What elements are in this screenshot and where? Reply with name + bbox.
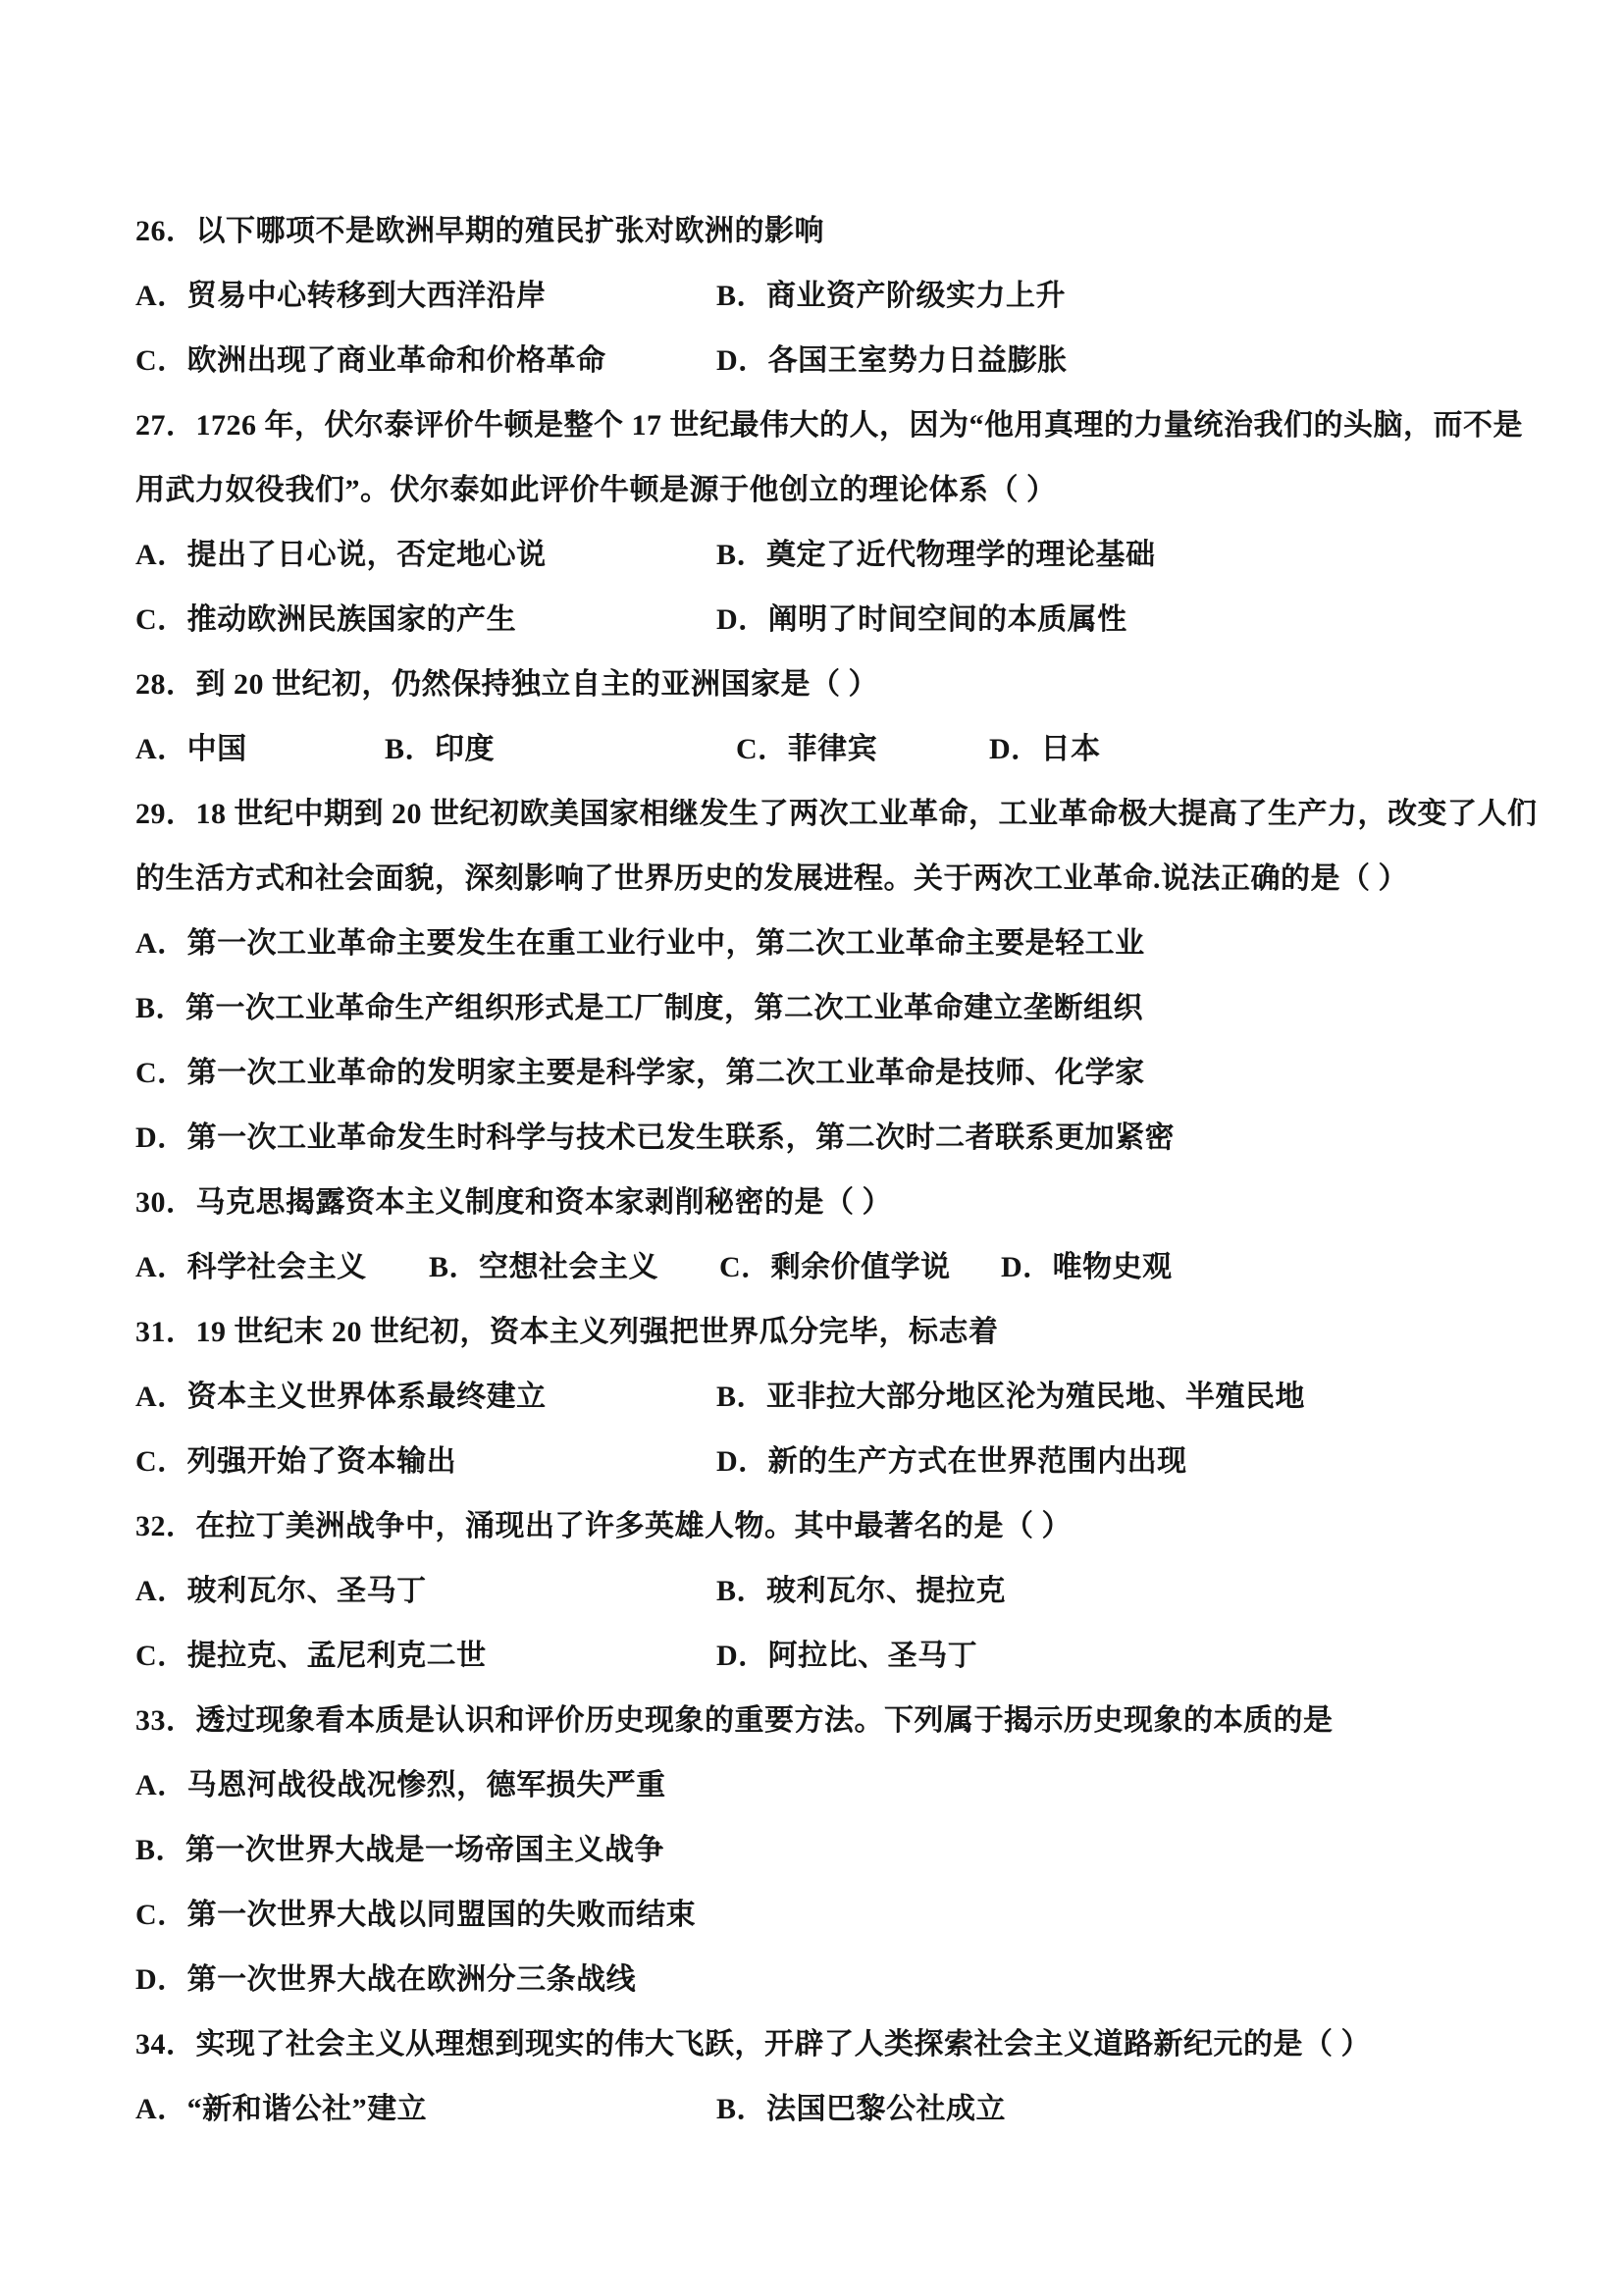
option-row: A．提出了日心说，否定地心说 B．奠定了近代物理学的理论基础: [0, 536, 1623, 577]
q32-stem: 32．在拉丁美洲战争中，涌现出了许多英雄人物。其中最著名的是（ ）: [135, 1507, 1072, 1546]
option-row: A．玻利瓦尔、圣马丁 B．玻利瓦尔、提拉克: [0, 1572, 1623, 1613]
q34-stem: 34．实现了社会主义从理想到现实的伟大飞跃，开辟了人类探索社会主义道路新纪元的是…: [135, 2025, 1371, 2064]
q27-option-a: A．提出了日心说，否定地心说: [135, 536, 547, 575]
q29-stem-line1: 29．18 世纪中期到 20 世纪初欧美国家相继发生了两次工业革命，工业革命极大…: [135, 795, 1538, 834]
option-row: B．第一次世界大战是一场帝国主义战争: [0, 1831, 1623, 1872]
q30-option-d: D．唯物史观: [1001, 1248, 1173, 1287]
question-stem-row: 29．18 世纪中期到 20 世纪初欧美国家相继发生了两次工业革命，工业革命极大…: [0, 795, 1623, 836]
q29-stem-line2: 的生活方式和社会面貌，深刻影响了世界历史的发展进程。关于两次工业革命.说法正确的…: [135, 860, 1408, 899]
q26-option-a: A．贸易中心转移到大西洋沿岸: [135, 277, 547, 316]
option-row: A．贸易中心转移到大西洋沿岸 B．商业资产阶级实力上升: [0, 277, 1623, 318]
option-row: C．欧洲出现了商业革命和价格革命 D．各国王室势力日益膨胀: [0, 341, 1623, 383]
question-stem-row: 32．在拉丁美洲战争中，涌现出了许多英雄人物。其中最著名的是（ ）: [0, 1507, 1623, 1548]
question-stem-row: 33．透过现象看本质是认识和评价历史现象的重要方法。下列属于揭示历史现象的本质的…: [0, 1701, 1623, 1743]
q32-option-d: D．阿拉比、圣马丁: [716, 1637, 977, 1676]
question-stem-row: 26．以下哪项不是欧洲早期的殖民扩张对欧洲的影响: [0, 212, 1623, 253]
question-stem-row: 28．到 20 世纪初，仍然保持独立自主的亚洲国家是（ ）: [0, 665, 1623, 706]
question-stem-row: 30．马克思揭露资本主义制度和资本家剥削秘密的是（ ）: [0, 1183, 1623, 1225]
q29-option-d: D．第一次工业革命发生时科学与技术已发生联系，第二次时二者联系更加紧密: [135, 1119, 1175, 1158]
option-row: D．第一次工业革命发生时科学与技术已发生联系，第二次时二者联系更加紧密: [0, 1119, 1623, 1160]
q29-option-b: B．第一次工业革命生产组织形式是工厂制度，第二次工业革命建立垄断组织: [135, 989, 1143, 1028]
q26-option-c: C．欧洲出现了商业革命和价格革命: [135, 341, 606, 381]
option-row: B．第一次工业革命生产组织形式是工厂制度，第二次工业革命建立垄断组织: [0, 989, 1623, 1030]
q33-option-c: C．第一次世界大战以同盟国的失败而结束: [135, 1896, 696, 1935]
option-row: C．推动欧洲民族国家的产生 D．阐明了时间空间的本质属性: [0, 600, 1623, 642]
q27-stem-line1: 27．1726 年，伏尔泰评价牛顿是整个 17 世纪最伟大的人，因为“他用真理的…: [135, 406, 1523, 445]
q32-option-a: A．玻利瓦尔、圣马丁: [135, 1572, 427, 1611]
exam-page: 26．以下哪项不是欧洲早期的殖民扩张对欧洲的影响 A．贸易中心转移到大西洋沿岸 …: [0, 0, 1623, 2296]
option-row: A．科学社会主义 B．空想社会主义 C．剩余价值学说 D．唯物史观: [0, 1248, 1623, 1289]
q28-stem: 28．到 20 世纪初，仍然保持独立自主的亚洲国家是（ ）: [135, 665, 878, 704]
q26-option-d: D．各国王室势力日益膨胀: [716, 341, 1068, 381]
q31-option-d: D．新的生产方式在世界范围内出现: [716, 1442, 1187, 1482]
question-stem-row: 的生活方式和社会面貌，深刻影响了世界历史的发展进程。关于两次工业革命.说法正确的…: [0, 860, 1623, 901]
q31-option-c: C．列强开始了资本输出: [135, 1442, 456, 1482]
q27-option-c: C．推动欧洲民族国家的产生: [135, 600, 516, 640]
option-row: A．中国 B．印度 C．菲律宾 D．日本: [0, 730, 1623, 771]
q31-option-b: B．亚非拉大部分地区沦为殖民地、半殖民地: [716, 1378, 1305, 1417]
option-row: A．“新和谐公社”建立 B．法国巴黎公社成立: [0, 2090, 1623, 2131]
option-row: C．第一次工业革命的发明家主要是科学家，第二次工业革命是技师、化学家: [0, 1054, 1623, 1095]
q32-option-c: C．提拉克、孟尼利克二世: [135, 1637, 487, 1676]
question-stem-row: 27．1726 年，伏尔泰评价牛顿是整个 17 世纪最伟大的人，因为“他用真理的…: [0, 406, 1623, 447]
q27-stem-line2: 用武力奴役我们”。伏尔泰如此评价牛顿是源于他创立的理论体系（ ）: [135, 471, 1057, 510]
option-row: C．第一次世界大战以同盟国的失败而结束: [0, 1896, 1623, 1937]
q30-stem: 30．马克思揭露资本主义制度和资本家剥削秘密的是（ ）: [135, 1183, 892, 1223]
q27-option-b: B．奠定了近代物理学的理论基础: [716, 536, 1156, 575]
q28-option-a: A．中国: [135, 730, 247, 769]
q33-option-b: B．第一次世界大战是一场帝国主义战争: [135, 1831, 664, 1870]
question-stem-row: 34．实现了社会主义从理想到现实的伟大飞跃，开辟了人类探索社会主义道路新纪元的是…: [0, 2025, 1623, 2066]
q31-option-a: A．资本主义世界体系最终建立: [135, 1378, 547, 1417]
q34-option-a: A．“新和谐公社”建立: [135, 2090, 427, 2129]
q29-option-c: C．第一次工业革命的发明家主要是科学家，第二次工业革命是技师、化学家: [135, 1054, 1145, 1093]
q31-stem: 31．19 世纪末 20 世纪初，资本主义列强把世界瓜分完毕，标志着: [135, 1313, 999, 1352]
question-stem-row: 31．19 世纪末 20 世纪初，资本主义列强把世界瓜分完毕，标志着: [0, 1313, 1623, 1354]
q33-stem: 33．透过现象看本质是认识和评价历史现象的重要方法。下列属于揭示历史现象的本质的…: [135, 1701, 1334, 1741]
option-row: A．马恩河战役战况惨烈，德军损失严重: [0, 1766, 1623, 1807]
option-row: C．提拉克、孟尼利克二世 D．阿拉比、圣马丁: [0, 1637, 1623, 1678]
option-row: A．资本主义世界体系最终建立 B．亚非拉大部分地区沦为殖民地、半殖民地: [0, 1378, 1623, 1419]
q33-option-d: D．第一次世界大战在欧洲分三条战线: [135, 1960, 636, 2000]
q30-option-c: C．剩余价值学说: [719, 1248, 951, 1287]
q30-option-a: A．科学社会主义: [135, 1248, 367, 1287]
question-stem-row: 用武力奴役我们”。伏尔泰如此评价牛顿是源于他创立的理论体系（ ）: [0, 471, 1623, 512]
q26-stem: 26．以下哪项不是欧洲早期的殖民扩张对欧洲的影响: [135, 212, 824, 251]
q33-option-a: A．马恩河战役战况惨烈，德军损失严重: [135, 1766, 666, 1805]
option-row: C．列强开始了资本输出 D．新的生产方式在世界范围内出现: [0, 1442, 1623, 1484]
q26-option-b: B．商业资产阶级实力上升: [716, 277, 1066, 316]
q32-option-b: B．玻利瓦尔、提拉克: [716, 1572, 1006, 1611]
option-row: D．第一次世界大战在欧洲分三条战线: [0, 1960, 1623, 2002]
q27-option-d: D．阐明了时间空间的本质属性: [716, 600, 1127, 640]
q28-option-d: D．日本: [989, 730, 1101, 769]
option-row: A．第一次工业革命主要发生在重工业行业中，第二次工业革命主要是轻工业: [0, 924, 1623, 965]
q30-option-b: B．空想社会主义: [429, 1248, 658, 1287]
q28-option-b: B．印度: [385, 730, 495, 769]
q29-option-a: A．第一次工业革命主要发生在重工业行业中，第二次工业革命主要是轻工业: [135, 924, 1145, 964]
q34-option-b: B．法国巴黎公社成立: [716, 2090, 1006, 2129]
q28-option-c: C．菲律宾: [736, 730, 877, 769]
